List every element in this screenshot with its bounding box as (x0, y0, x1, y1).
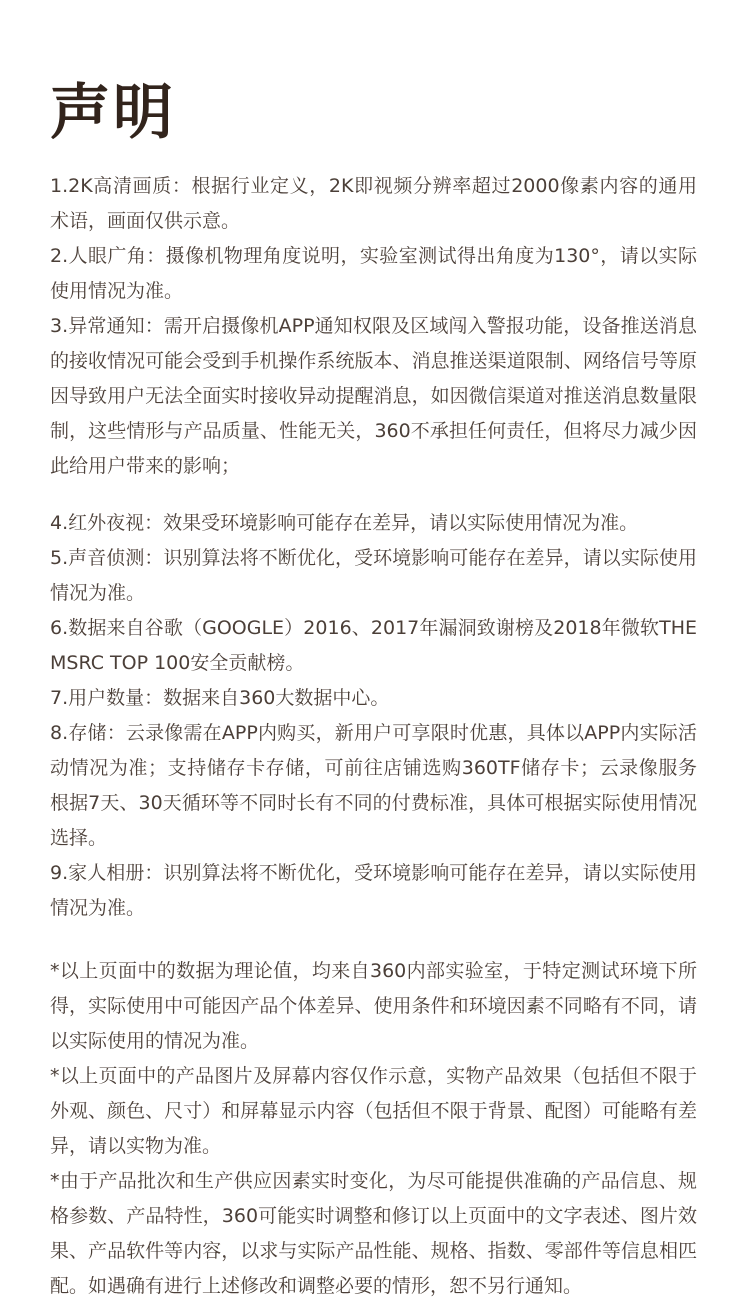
disclaimer-item-7: 7.用户数量：数据来自360大数据中心。 (50, 681, 697, 716)
disclaimer-item-6: 6.数据来自谷歌（GOOGLE）2016、2017年漏洞致谢榜及2018年微软T… (50, 611, 697, 681)
disclaimer-items-group-2: 4.红外夜视：效果受环境影响可能存在差异，请以实际使用情况为准。 5.声音侦测：… (50, 506, 697, 926)
disclaimer-item-8: 8.存储：云录像需在APP内购买，新用户可享限时优惠，具体以APP内实际活动情况… (50, 716, 697, 856)
disclaimer-item-2: 2.人眼广角：摄像机物理角度说明，实验室测试得出角度为130°，请以实际使用情况… (50, 239, 697, 309)
disclaimer-footnotes-group: *以上页面中的数据为理论值，均来自360内部实验室，于特定测试环境下所得，实际使… (50, 954, 697, 1300)
disclaimer-page: 声明 1.2K高清画质：根据行业定义，2K即视频分辨率超过2000像素内容的通用… (0, 0, 750, 1300)
disclaimer-item-1: 1.2K高清画质：根据行业定义，2K即视频分辨率超过2000像素内容的通用术语，… (50, 169, 697, 239)
footnote-2: *以上页面中的产品图片及屏幕内容仅作示意，实物产品效果（包括但不限于外观、颜色、… (50, 1059, 697, 1164)
footnote-3: *由于产品批次和生产供应因素实时变化，为尽可能提供准确的产品信息、规格参数、产品… (50, 1164, 697, 1300)
footnote-1: *以上页面中的数据为理论值，均来自360内部实验室，于特定测试环境下所得，实际使… (50, 954, 697, 1059)
disclaimer-items-group-1: 1.2K高清画质：根据行业定义，2K即视频分辨率超过2000像素内容的通用术语，… (50, 169, 697, 484)
disclaimer-item-5: 5.声音侦测：识别算法将不断优化，受环境影响可能存在差异，请以实际使用情况为准。 (50, 541, 697, 611)
page-title: 声明 (50, 82, 697, 144)
disclaimer-item-3: 3.异常通知：需开启摄像机APP通知权限及区域闯入警报功能，设备推送消息的接收情… (50, 309, 697, 484)
disclaimer-content: 声明 1.2K高清画质：根据行业定义，2K即视频分辨率超过2000像素内容的通用… (0, 0, 750, 1300)
disclaimer-item-9: 9.家人相册：识别算法将不断优化，受环境影响可能存在差异，请以实际使用情况为准。 (50, 856, 697, 926)
disclaimer-item-4: 4.红外夜视：效果受环境影响可能存在差异，请以实际使用情况为准。 (50, 506, 697, 541)
